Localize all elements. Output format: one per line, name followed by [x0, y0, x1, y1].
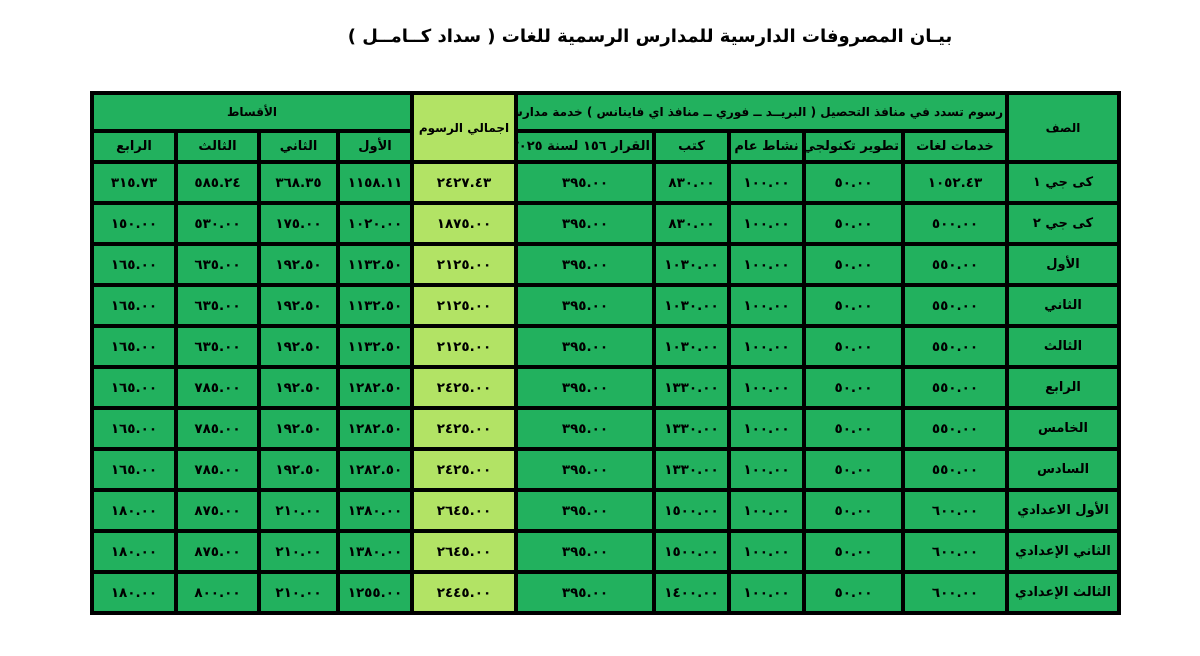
total-fees-cell: ٢٤٤٥.٠٠ — [414, 574, 514, 611]
value-cell: ٦٣٥.٠٠ — [178, 287, 257, 324]
value-cell: ١٠٠.٠٠ — [731, 246, 802, 283]
value-cell: ١٣٣٠.٠٠ — [656, 369, 727, 406]
value-cell: ١٩٢.٥٠ — [261, 369, 336, 406]
header-sub-row: خدمات لغاتتطوير تكنولجينشاط عامكتبالقرار… — [94, 133, 1117, 160]
value-cell: ١١٣٢.٥٠ — [340, 287, 410, 324]
grade-cell: الثاني الإعدادي — [1009, 533, 1117, 570]
value-cell: ١٠٠.٠٠ — [731, 205, 802, 242]
table-row: الثاني٥٥٠.٠٠٥٠.٠٠١٠٠.٠٠١٠٣٠.٠٠٣٩٥.٠٠٢١٢٥… — [94, 287, 1117, 324]
value-cell: ١٣٣٠.٠٠ — [656, 410, 727, 447]
value-cell: ٥٥٠.٠٠ — [905, 287, 1005, 324]
table-row: كى جي ٢٥٠٠.٠٠٥٠.٠٠١٠٠.٠٠٨٣٠.٠٠٣٩٥.٠٠١٨٧٥… — [94, 205, 1117, 242]
table-row: الثالث الإعدادي٦٠٠.٠٠٥٠.٠٠١٠٠.٠٠١٤٠٠.٠٠٣… — [94, 574, 1117, 611]
value-cell: ١٦٥.٠٠ — [94, 328, 174, 365]
value-cell: ٦٣٥.٠٠ — [178, 328, 257, 365]
table-row: الرابع٥٥٠.٠٠٥٠.٠٠١٠٠.٠٠١٣٣٠.٠٠٣٩٥.٠٠٢٤٢٥… — [94, 369, 1117, 406]
table-row: الخامس٥٥٠.٠٠٥٠.٠٠١٠٠.٠٠١٣٣٠.٠٠٣٩٥.٠٠٢٤٢٥… — [94, 410, 1117, 447]
value-cell: ١٢٨٢.٥٠ — [340, 410, 410, 447]
value-cell: ١٨٠.٠٠ — [94, 533, 174, 570]
value-cell: ٧٨٥.٠٠ — [178, 369, 257, 406]
value-cell: ١٢٨٢.٥٠ — [340, 451, 410, 488]
grade-cell: الثالث الإعدادي — [1009, 574, 1117, 611]
total-fees-cell: ٢٤٢٥.٠٠ — [414, 410, 514, 447]
value-cell: ١٠٠.٠٠ — [731, 164, 802, 201]
value-cell: ٥٥٠.٠٠ — [905, 410, 1005, 447]
grade-cell: الأول الاعدادي — [1009, 492, 1117, 529]
total-fees-cell: ٢٤٢٧.٤٣ — [414, 164, 514, 201]
value-cell: ١١٣٢.٥٠ — [340, 246, 410, 283]
value-cell: ٧٨٥.٠٠ — [178, 451, 257, 488]
value-cell: ١٠٢٠.٠٠ — [340, 205, 410, 242]
value-cell: ١٢٨٢.٥٠ — [340, 369, 410, 406]
value-cell: ٣٩٥.٠٠ — [518, 164, 652, 201]
value-cell: ١٠٣٠.٠٠ — [656, 246, 727, 283]
grade-cell: كى جي ٢ — [1009, 205, 1117, 242]
value-cell: ٥٠.٠٠ — [806, 410, 901, 447]
grade-cell: الثالث — [1009, 328, 1117, 365]
value-cell: ٦٠٠.٠٠ — [905, 533, 1005, 570]
header-installment-col: الأول — [340, 133, 410, 160]
total-fees-cell: ٢١٢٥.٠٠ — [414, 328, 514, 365]
header-fees-col: نشاط عام — [731, 133, 802, 160]
header-installment-col: الثاني — [261, 133, 336, 160]
total-fees-cell: ٢١٢٥.٠٠ — [414, 246, 514, 283]
value-cell: ١٨٠.٠٠ — [94, 574, 174, 611]
value-cell: ٥٠.٠٠ — [806, 574, 901, 611]
value-cell: ١٢٥٥.٠٠ — [340, 574, 410, 611]
value-cell: ٥٠.٠٠ — [806, 287, 901, 324]
grade-cell: الأول — [1009, 246, 1117, 283]
value-cell: ٥٠.٠٠ — [806, 533, 901, 570]
value-cell: ٥٠.٠٠ — [806, 205, 901, 242]
value-cell: ١٥٠.٠٠ — [94, 205, 174, 242]
table-row: الثاني الإعدادي٦٠٠.٠٠٥٠.٠٠١٠٠.٠٠١٥٠٠.٠٠٣… — [94, 533, 1117, 570]
value-cell: ١٠٠.٠٠ — [731, 287, 802, 324]
header-installments-group: الأقساط — [94, 95, 410, 129]
value-cell: ١٧٥.٠٠ — [261, 205, 336, 242]
value-cell: ٨٧٥.٠٠ — [178, 492, 257, 529]
value-cell: ١٠٠.٠٠ — [731, 533, 802, 570]
value-cell: ٣٦٨.٣٥ — [261, 164, 336, 201]
value-cell: ١٩٢.٥٠ — [261, 328, 336, 365]
table-row: الأول٥٥٠.٠٠٥٠.٠٠١٠٠.٠٠١٠٣٠.٠٠٣٩٥.٠٠٢١٢٥.… — [94, 246, 1117, 283]
value-cell: ١٠٠.٠٠ — [731, 369, 802, 406]
value-cell: ١٨٠.٠٠ — [94, 492, 174, 529]
grade-cell: الرابع — [1009, 369, 1117, 406]
table-row: السادس٥٥٠.٠٠٥٠.٠٠١٠٠.٠٠١٣٣٠.٠٠٣٩٥.٠٠٢٤٢٥… — [94, 451, 1117, 488]
value-cell: ١٠٠.٠٠ — [731, 410, 802, 447]
value-cell: ٦٠٠.٠٠ — [905, 574, 1005, 611]
value-cell: ٨٠٠.٠٠ — [178, 574, 257, 611]
table-row: الثالث٥٥٠.٠٠٥٠.٠٠١٠٠.٠٠١٠٣٠.٠٠٣٩٥.٠٠٢١٢٥… — [94, 328, 1117, 365]
value-cell: ٥٠.٠٠ — [806, 246, 901, 283]
total-fees-cell: ٢١٢٥.٠٠ — [414, 287, 514, 324]
value-cell: ٥٣٠.٠٠ — [178, 205, 257, 242]
total-fees-cell: ٢٦٤٥.٠٠ — [414, 533, 514, 570]
value-cell: ١١٥٨.١١ — [340, 164, 410, 201]
grade-cell: كى جي ١ — [1009, 164, 1117, 201]
value-cell: ١٩٢.٥٠ — [261, 451, 336, 488]
value-cell: ٨٣٠.٠٠ — [656, 205, 727, 242]
value-cell: ٥٠.٠٠ — [806, 369, 901, 406]
value-cell: ١٦٥.٠٠ — [94, 451, 174, 488]
value-cell: ١٠٣٠.٠٠ — [656, 328, 727, 365]
value-cell: ١٠٠.٠٠ — [731, 492, 802, 529]
value-cell: ٣١٥.٧٣ — [94, 164, 174, 201]
table-row: الأول الاعدادي٦٠٠.٠٠٥٠.٠٠١٠٠.٠٠١٥٠٠.٠٠٣٩… — [94, 492, 1117, 529]
fees-table-container: الصف رسوم تسدد في منافذ التحصيل ( البريـ… — [90, 91, 1121, 615]
total-fees-cell: ٢٤٢٥.٠٠ — [414, 369, 514, 406]
header-fees-col: تطوير تكنولجي — [806, 133, 901, 160]
value-cell: ٣٩٥.٠٠ — [518, 574, 652, 611]
value-cell: ٣٩٥.٠٠ — [518, 287, 652, 324]
value-cell: ٦٠٠.٠٠ — [905, 492, 1005, 529]
value-cell: ٣٩٥.٠٠ — [518, 205, 652, 242]
value-cell: ١٠٠.٠٠ — [731, 451, 802, 488]
value-cell: ٣٩٥.٠٠ — [518, 246, 652, 283]
header-fees-col: كتب — [656, 133, 727, 160]
value-cell: ١٦٥.٠٠ — [94, 410, 174, 447]
value-cell: ٥٨٥.٢٤ — [178, 164, 257, 201]
fees-table: الصف رسوم تسدد في منافذ التحصيل ( البريـ… — [90, 91, 1121, 615]
value-cell: ١٠٣٠.٠٠ — [656, 287, 727, 324]
value-cell: ١٠٥٢.٤٣ — [905, 164, 1005, 201]
value-cell: ٥٥٠.٠٠ — [905, 369, 1005, 406]
value-cell: ١٣٣٠.٠٠ — [656, 451, 727, 488]
page-title: بيـان المصروفات الدارسية للمدارس الرسمية… — [100, 26, 1200, 47]
header-installment-col: الثالث — [178, 133, 257, 160]
value-cell: ٣٩٥.٠٠ — [518, 492, 652, 529]
header-grade: الصف — [1009, 95, 1117, 160]
value-cell: ٥٠.٠٠ — [806, 492, 901, 529]
value-cell: ١٩٢.٥٠ — [261, 246, 336, 283]
value-cell: ٢١٠.٠٠ — [261, 492, 336, 529]
value-cell: ٥٥٠.٠٠ — [905, 451, 1005, 488]
value-cell: ٥٠.٠٠ — [806, 328, 901, 365]
header-fees-col: خدمات لغات — [905, 133, 1005, 160]
value-cell: ١٣٨٠.٠٠ — [340, 533, 410, 570]
value-cell: ٣٩٥.٠٠ — [518, 533, 652, 570]
value-cell: ٥٠.٠٠ — [806, 164, 901, 201]
value-cell: ١٣٨٠.٠٠ — [340, 492, 410, 529]
header-group-row: الصف رسوم تسدد في منافذ التحصيل ( البريـ… — [94, 95, 1117, 129]
value-cell: ١٦٥.٠٠ — [94, 369, 174, 406]
table-row: كى جي ١١٠٥٢.٤٣٥٠.٠٠١٠٠.٠٠٨٣٠.٠٠٣٩٥.٠٠٢٤٢… — [94, 164, 1117, 201]
grade-cell: الثاني — [1009, 287, 1117, 324]
value-cell: ١١٣٢.٥٠ — [340, 328, 410, 365]
value-cell: ٣٩٥.٠٠ — [518, 328, 652, 365]
value-cell: ١٠٠.٠٠ — [731, 328, 802, 365]
value-cell: ١٠٠.٠٠ — [731, 574, 802, 611]
value-cell: ٨٧٥.٠٠ — [178, 533, 257, 570]
value-cell: ١٦٥.٠٠ — [94, 246, 174, 283]
value-cell: ١٥٠٠.٠٠ — [656, 533, 727, 570]
header-fees-col: القرار ١٥٦ لسنة ٢٠٢٥ — [518, 133, 652, 160]
value-cell: ٥٥٠.٠٠ — [905, 328, 1005, 365]
value-cell: ٥٠.٠٠ — [806, 451, 901, 488]
header-installment-col: الرابع — [94, 133, 174, 160]
value-cell: ١٤٠٠.٠٠ — [656, 574, 727, 611]
value-cell: ٥٥٠.٠٠ — [905, 246, 1005, 283]
value-cell: ١٥٠٠.٠٠ — [656, 492, 727, 529]
value-cell: ٢١٠.٠٠ — [261, 574, 336, 611]
value-cell: ٣٩٥.٠٠ — [518, 451, 652, 488]
header-total-fees: اجمالي الرسوم — [414, 95, 514, 160]
value-cell: ٧٨٥.٠٠ — [178, 410, 257, 447]
grade-cell: الخامس — [1009, 410, 1117, 447]
header-fees-group: رسوم تسدد في منافذ التحصيل ( البريــد ــ… — [518, 95, 1005, 129]
value-cell: ٣٩٥.٠٠ — [518, 369, 652, 406]
value-cell: ١٩٢.٥٠ — [261, 287, 336, 324]
value-cell: ٨٣٠.٠٠ — [656, 164, 727, 201]
value-cell: ٦٣٥.٠٠ — [178, 246, 257, 283]
total-fees-cell: ٢٦٤٥.٠٠ — [414, 492, 514, 529]
value-cell: ٢١٠.٠٠ — [261, 533, 336, 570]
total-fees-cell: ٢٤٢٥.٠٠ — [414, 451, 514, 488]
value-cell: ١٦٥.٠٠ — [94, 287, 174, 324]
value-cell: ٥٠٠.٠٠ — [905, 205, 1005, 242]
value-cell: ٣٩٥.٠٠ — [518, 410, 652, 447]
grade-cell: السادس — [1009, 451, 1117, 488]
total-fees-cell: ١٨٧٥.٠٠ — [414, 205, 514, 242]
value-cell: ١٩٢.٥٠ — [261, 410, 336, 447]
